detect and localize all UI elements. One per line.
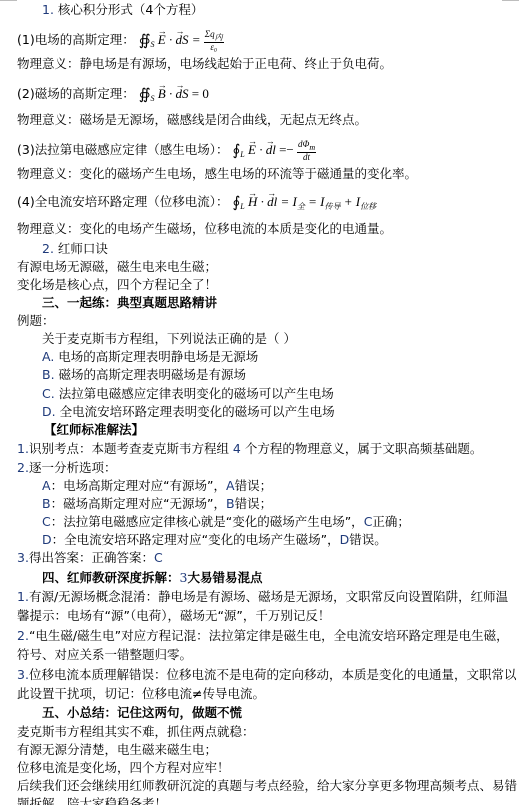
analysis-letter: A bbox=[42, 478, 51, 493]
option-letter: C. bbox=[42, 386, 55, 401]
equation-1-meaning: 物理意义：静电场是有源场，电场线起始于正电荷、终止于负电荷。 bbox=[17, 56, 392, 72]
example-label: 例题： bbox=[17, 313, 55, 329]
option-text: 全电流安培环路定理表明变化的磁场可以产生电场 bbox=[60, 404, 335, 419]
pitfall-3-line-2: 此设置干扰项，切记：位移电流≠传导电流。 bbox=[17, 686, 265, 702]
equation-formula: ∯S E · dS = Σq内 ε₀ bbox=[139, 32, 224, 47]
vector-E: E bbox=[158, 32, 166, 48]
analysis-verdict: 错误； bbox=[235, 496, 273, 511]
heading-text: 四、红师教研深度拆解： bbox=[42, 570, 180, 585]
heading-text: 红师口诀 bbox=[58, 241, 108, 256]
fraction: dΦm dt bbox=[297, 140, 316, 162]
denominator: ε₀ bbox=[204, 43, 224, 52]
rhs-conduction-sub: 传导 bbox=[324, 202, 340, 211]
vector-dS: dS bbox=[176, 32, 189, 48]
section5-heading: 五、小总结：记住这两句，做题不慌 bbox=[42, 705, 242, 721]
analysis-text: ：磁场高斯定理对应“无源场”， bbox=[51, 496, 226, 511]
pitfall-1-line-1: 1.有源/无源场概念混淆：静电场是有源场、磁场是无源场，文职常反向设置陷阱，红师… bbox=[17, 589, 508, 605]
vector-dS: dS bbox=[176, 86, 189, 102]
analysis-d: D：全电流安培环路定理对应“变化的电场产生磁场”，D错误。 bbox=[42, 532, 387, 548]
analysis-text: ：法拉第电磁感应定律核心就是“变化的磁场产生电场”， bbox=[51, 514, 364, 529]
pitfall-2-line-1: 2.“电生磁/磁生电”对应方程记混：法拉第定律是磁生电，全电流安培环路定理是电生… bbox=[17, 628, 509, 644]
equals-sign: = bbox=[192, 32, 201, 47]
section4-heading: 四、红师教研深度拆解：3大易错易混点 bbox=[42, 570, 262, 586]
summary-line-5: 题拆解，陪大家稳稳备考！ bbox=[17, 796, 167, 805]
pitfall-2-line-2: 符号、对应关系一错整题归零。 bbox=[17, 647, 192, 663]
vector-dl: dl bbox=[266, 142, 276, 158]
page-corner-mark-right bbox=[502, 0, 519, 1]
answer-value: C bbox=[154, 550, 163, 565]
rhs-displacement-sub: 位移 bbox=[360, 202, 376, 211]
pitfall-text: “电生磁/磁生电”对应方程记混：法拉第定律是磁生电，全电流安培环路定理是电生磁， bbox=[29, 628, 509, 643]
analysis-b: B：磁场高斯定理对应“无源场”，B错误； bbox=[42, 496, 272, 512]
equation-formula: ∯S B · dS = 0 bbox=[139, 86, 209, 101]
analysis-letter: B bbox=[42, 496, 51, 511]
vector-E: E bbox=[248, 142, 256, 158]
pitfall-number: 2. bbox=[17, 628, 29, 643]
analysis-letter: A bbox=[226, 478, 235, 493]
closed-line-integral-icon: ∮ bbox=[232, 195, 240, 211]
step-3: 3.得出答案：正确答案：C bbox=[17, 550, 163, 566]
heading-text: 核心积分形式（4个方程） bbox=[58, 2, 203, 17]
analysis-text: ：电场高斯定理对应“有源场”， bbox=[51, 478, 226, 493]
option-letter: B. bbox=[42, 367, 55, 382]
analysis-verdict: 错误。 bbox=[349, 532, 387, 547]
vector-dl: dl bbox=[267, 194, 277, 210]
equation-label: (2)磁场的高斯定理： bbox=[17, 86, 135, 101]
equation-2-meaning: 物理意义：磁场是无源场，磁感线是闭合曲线，无起点无终点。 bbox=[17, 112, 367, 128]
analysis-verdict: 正确； bbox=[372, 514, 410, 529]
option-letter: D. bbox=[42, 404, 56, 419]
equals-sign: =− bbox=[279, 142, 294, 157]
vector-B: B bbox=[158, 86, 166, 102]
option-text: 磁场的高斯定理表明磁场是有源场 bbox=[59, 367, 247, 382]
analysis-letter: C bbox=[42, 514, 51, 529]
vector-H: H bbox=[248, 194, 257, 210]
option-b: B. 磁场的高斯定理表明磁场是有源场 bbox=[42, 367, 246, 383]
equation-3: (3)法拉第电磁感应定律（感生电场）： ∮L E · dl =− dΦm dt bbox=[17, 140, 316, 163]
heading-number: 1. bbox=[42, 2, 54, 17]
pitfall-number: 1. bbox=[17, 589, 29, 604]
analysis-a: A：电场高斯定理对应“有源场”，A错误； bbox=[42, 478, 272, 494]
closed-line-integral-icon: ∮ bbox=[232, 143, 240, 159]
analysis-verdict: 错误； bbox=[235, 478, 273, 493]
analysis-c: C：法拉第电磁感应定律核心就是“变化的磁场产生电场”，C正确； bbox=[42, 514, 410, 530]
step-number-inline: 4 bbox=[233, 441, 241, 456]
pitfall-1-line-2: 馨提示：电场有“源”（电荷），磁场无“源”，千万别记反！ bbox=[17, 608, 330, 624]
option-c: C. 法拉第电磁感应定律表明变化的磁场可以产生电场 bbox=[42, 386, 334, 402]
equation-1: (1)电场的高斯定理： ∯S E · dS = Σq内 ε₀ bbox=[17, 30, 224, 53]
equation-label: (1)电场的高斯定理： bbox=[17, 32, 135, 47]
solution-heading: 【红师标准解法】 bbox=[44, 422, 144, 438]
step-text: 个方程的物理意义，属于文职高频基础题。 bbox=[241, 441, 482, 456]
section3-heading: 三、一起练：典型真题思路精讲 bbox=[42, 295, 217, 311]
rhs-conduction: = I bbox=[308, 194, 324, 209]
step-number: 3. bbox=[17, 550, 29, 565]
step-1: 1.识别考点：本题考查麦克斯韦方程组 4 个方程的物理意义，属于文职高频基础题。 bbox=[17, 441, 482, 457]
rhs-total: = I bbox=[281, 194, 297, 209]
equation-4-meaning: 物理意义：变化的电场产生磁场，位移电流的本质是变化的电通量。 bbox=[17, 221, 392, 237]
equation-2: (2)磁场的高斯定理： ∯S B · dS = 0 bbox=[17, 86, 209, 107]
analysis-letter: B bbox=[226, 496, 235, 511]
step-text: 得出答案：正确答案： bbox=[29, 550, 154, 565]
mnemonic-line-2: 变化场是核心点，四个方程记全了！ bbox=[17, 277, 217, 293]
section2-heading: 2. 红师口诀 bbox=[42, 241, 108, 257]
summary-line-1: 麦克斯韦方程组其实不难，抓住两点就稳： bbox=[17, 724, 255, 740]
closed-surface-integral-icon: ∯ bbox=[139, 87, 151, 103]
step-text: 逐一分析选项： bbox=[29, 460, 117, 475]
equation-formula: ∮L E · dl =− dΦm dt bbox=[232, 142, 316, 157]
numerator-sub: m bbox=[309, 143, 315, 152]
equation-4: (4)全电流安培环路定理（位移电流）： ∮L H · dl = I全 = I传导… bbox=[17, 194, 376, 215]
numerator: Σq bbox=[205, 29, 215, 39]
numerator-sub: 内 bbox=[215, 33, 223, 42]
summary-line-4: 后续我们还会继续用红师教研沉淀的真题与考点经验，给大家分享更多物理高频考点、易错 bbox=[17, 778, 517, 794]
pitfall-3-line-1: 3.位移电流本质理解错误：位移电流不是电荷的定向移动，本质是变化的电通量，文职常… bbox=[17, 667, 516, 683]
equation-formula: ∮L H · dl = I全 = I传导 + I位移 bbox=[232, 194, 376, 209]
closed-surface-integral-icon: ∯ bbox=[139, 33, 151, 49]
question-text: 关于麦克斯韦方程组，下列说法正确的是（ ） bbox=[42, 331, 296, 347]
section1-heading: 1. 核心积分形式（4个方程） bbox=[42, 2, 203, 18]
step-text: 识别考点：本题考查麦克斯韦方程组 bbox=[29, 441, 233, 456]
page-corner-mark-left bbox=[0, 0, 17, 1]
rhs-displacement: + I bbox=[344, 194, 360, 209]
analysis-letter: D bbox=[340, 532, 350, 547]
rhs-total-sub: 全 bbox=[297, 202, 305, 211]
analysis-letter: D bbox=[42, 532, 52, 547]
pitfall-text: 位移电流本质理解错误：位移电流不是电荷的定向移动，本质是变化的电通量，文职常以 bbox=[29, 667, 517, 682]
pitfall-text: 有源/无源场概念混淆：静电场是有源场、磁场是无源场，文职常反向设置陷阱，红师温 bbox=[29, 589, 508, 604]
step-number: 2. bbox=[17, 460, 29, 475]
option-d: D. 全电流安培环路定理表明变化的磁场可以产生电场 bbox=[42, 404, 335, 420]
option-text: 电场的高斯定理表明静电场是无源场 bbox=[58, 349, 258, 364]
summary-line-3: 位移电流是变化场，四个方程对应牢！ bbox=[17, 760, 230, 776]
equation-3-meaning: 物理意义：变化的磁场产生电场，感生电场的环流等于磁通量的变化率。 bbox=[17, 166, 417, 182]
fraction: Σq内 ε₀ bbox=[204, 30, 224, 52]
step-number: 1. bbox=[17, 441, 29, 456]
pitfall-number: 3. bbox=[17, 667, 29, 682]
denominator: dt bbox=[297, 153, 316, 162]
summary-line-2: 有源无源分清楚，电生磁来磁生电； bbox=[17, 742, 217, 758]
option-letter: A. bbox=[42, 349, 54, 364]
analysis-text: ：全电流安培环路定理对应“变化的电场产生磁场”， bbox=[52, 532, 340, 547]
heading-number: 2. bbox=[42, 241, 54, 256]
numerator: dΦ bbox=[298, 139, 309, 149]
heading-text: 大易错易混点 bbox=[187, 570, 262, 585]
mnemonic-line-1: 有源电场无源磁，磁生电来电生磁； bbox=[17, 259, 217, 275]
option-text: 法拉第电磁感应定律表明变化的磁场可以产生电场 bbox=[59, 386, 334, 401]
equation-label: (4)全电流安培环路定理（位移电流）： bbox=[17, 194, 228, 209]
equation-rhs: = 0 bbox=[192, 86, 209, 101]
option-a: A. 电场的高斯定理表明静电场是无源场 bbox=[42, 349, 258, 365]
step-2: 2.逐一分析选项： bbox=[17, 460, 116, 476]
equation-label: (3)法拉第电磁感应定律（感生电场）： bbox=[17, 142, 228, 157]
